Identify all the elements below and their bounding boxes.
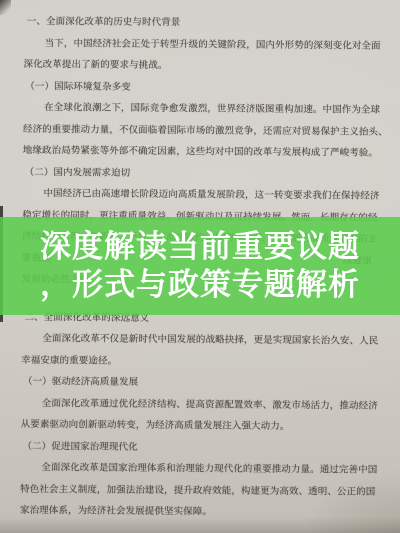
doc-line: 中国经济已由高速增长阶段迈向高质量发展阶段，这一转变要求我们在保持经济 — [22, 184, 386, 208]
photo-corner-shadow — [0, 0, 11, 15]
doc-line: 经济的重要推动力量，不仅面临着国际市场的激烈竞争，还需应对贸易保护主义抬头、 — [23, 119, 387, 143]
doc-line: 在全球化浪潮之下，国际竞争愈发激烈，世界经济版图重构加速。中国作为全球 — [23, 98, 387, 122]
doc-line: 当下，中国经济社会正处于转型升级的关键阶段，国内外形势的深刻变化对全面 — [24, 33, 388, 57]
doc-line: 特色社会主义制度，加强法治建设，提升政府效能，构建更为高效、透明、公正的国 — [20, 479, 384, 503]
doc-subheading: （一）国际环境复杂多变 — [23, 76, 387, 100]
doc-subheading: （二）促进国家治理现代化 — [20, 436, 384, 460]
doc-line: 地缘政治局势紧张等外部不确定因素，这些均对中国的改革与发展构成了严峻考验。 — [23, 141, 387, 165]
doc-heading: 一、全面深化改革的历史与时代背景 — [24, 12, 388, 36]
doc-line: 从要素驱动向创新驱动转变，为经济高质量发展注入强大动力。 — [21, 415, 385, 439]
doc-line: 全面深化改革是国家治理体系和治理能力现代化的重要推动力量。通过完善中国 — [20, 458, 384, 482]
caption-line-2: ，形式与政策专题解析 — [40, 267, 360, 304]
caption-line-1: 深度解读当前重要议题 — [40, 229, 360, 266]
doc-line: 深化改革提出了新的要求与挑战。 — [23, 55, 387, 79]
photo-bottom-shadow — [0, 517, 400, 533]
photographed-document: 一、全面深化改革的历史与时代背景 当下，中国经济社会正处于转型升级的关键阶段，国… — [0, 0, 400, 533]
doc-line: 全面深化改革不仅是新时代中国发展的战略抉择，更是实现国家长治久安、人民 — [21, 329, 385, 353]
doc-subheading: （二）国内发展需求迫切 — [23, 162, 387, 186]
doc-subheading: （一）驱动经济高质量发展 — [21, 372, 385, 396]
doc-line: 幸福安康的重要途径。 — [21, 350, 385, 374]
doc-line: 全面深化改革通过优化经济结构、提高资源配置效率、激发市场活力，推动经济 — [21, 393, 385, 417]
caption-banner: 深度解读当前重要议题 ，形式与政策专题解析 — [0, 217, 400, 315]
